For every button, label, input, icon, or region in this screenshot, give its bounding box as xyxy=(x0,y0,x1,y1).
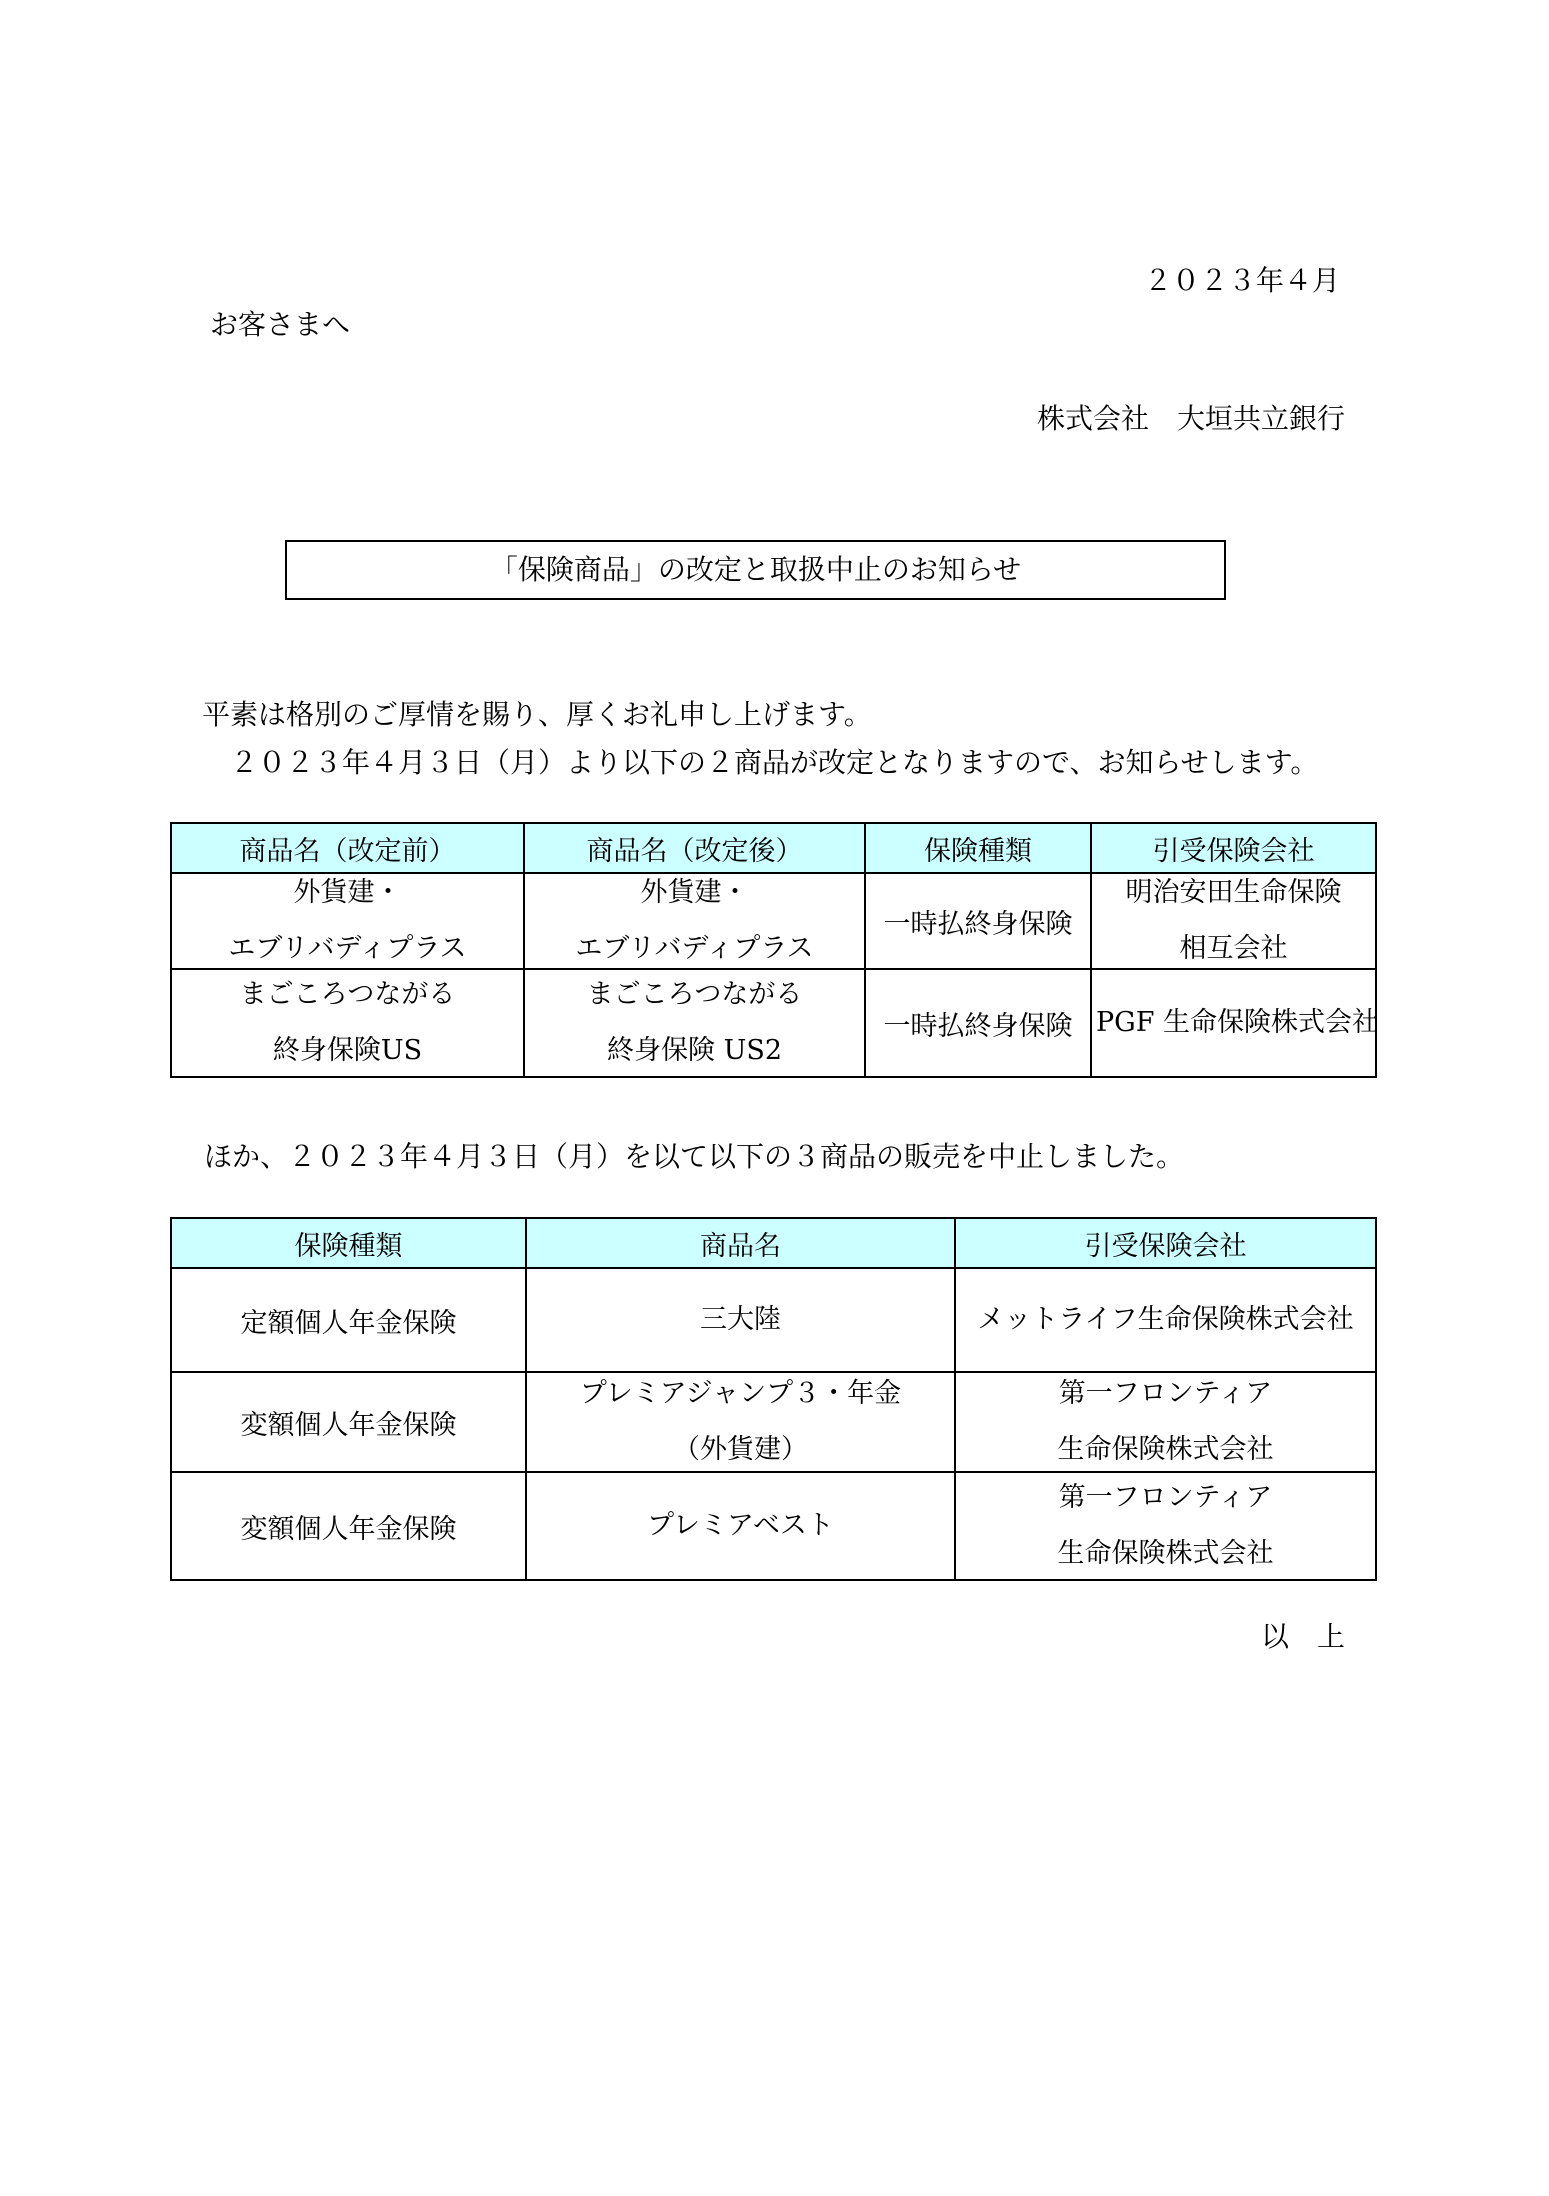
sender-company-name: 株式会社 大垣共立銀行 xyxy=(1037,402,1345,436)
table-cell-insurer: メットライフ生命保険株式会社 xyxy=(955,1268,1376,1372)
title-box: 「保険商品」の改定と取扱中止のお知らせ xyxy=(285,540,1226,600)
column-header-insurer: 引受保険会社 xyxy=(1091,823,1376,873)
cell-line: 三大陸 xyxy=(531,1304,950,1336)
table-cell-insurer: 第一フロンティア 生命保険株式会社 xyxy=(955,1472,1376,1580)
cell-line: 第一フロンティア xyxy=(960,1482,1371,1514)
table-cell-insurer: 第一フロンティア 生命保険株式会社 xyxy=(955,1372,1376,1472)
table-cell-insurance-type: 定額個人年金保険 xyxy=(171,1268,526,1372)
cell-line: 外貨建・ xyxy=(176,877,519,909)
table-cell-insurer: 明治安田生命保険 相互会社 xyxy=(1091,873,1376,969)
cell-line: メットライフ生命保険株式会社 xyxy=(960,1304,1371,1336)
cell-line: プレミアベスト xyxy=(531,1510,950,1542)
table-cell-insurance-type: 変額個人年金保険 xyxy=(171,1372,526,1472)
cell-line: プレミアジャンプ３・年金 xyxy=(531,1378,950,1410)
table-row: まごころつながる 終身保険US まごころつながる 終身保険 US2 一時払終身保… xyxy=(171,969,1376,1077)
revision-table-header-row: 商品名（改定前） 商品名（改定後） 保険種類 引受保険会社 xyxy=(171,823,1376,873)
column-header-product-before: 商品名（改定前） xyxy=(171,823,524,873)
cell-line: エブリバディプラス xyxy=(176,933,519,965)
discontinued-table-header-row: 保険種類 商品名 引受保険会社 xyxy=(171,1218,1376,1268)
table-cell-insurer: PGF 生命保険株式会社 xyxy=(1091,969,1376,1077)
revision-table: 商品名（改定前） 商品名（改定後） 保険種類 引受保険会社 外貨建・ エブリバデ… xyxy=(170,822,1377,1078)
table-cell-product-name: プレミアベスト xyxy=(526,1472,955,1580)
table-cell-product-name: 三大陸 xyxy=(526,1268,955,1372)
table-cell-product-before: 外貨建・ エブリバディプラス xyxy=(171,873,524,969)
table-row: 変額個人年金保険 プレミアベスト 第一フロンティア 生命保険株式会社 xyxy=(171,1472,1376,1580)
table-row: 定額個人年金保険 三大陸 メットライフ生命保険株式会社 xyxy=(171,1268,1376,1372)
cell-line: 相互会社 xyxy=(1096,933,1371,965)
cell-line: 終身保険US xyxy=(176,1035,519,1067)
column-header-product-name: 商品名 xyxy=(526,1218,955,1268)
table-cell-insurance-type: 一時払終身保険 xyxy=(865,873,1091,969)
cell-line: 生命保険株式会社 xyxy=(960,1538,1371,1570)
discontinued-table: 保険種類 商品名 引受保険会社 定額個人年金保険 三大陸 メットライフ生命保険株… xyxy=(170,1217,1377,1581)
table-cell-product-after: まごころつながる 終身保険 US2 xyxy=(524,969,865,1077)
document-title: 「保険商品」の改定と取扱中止のお知らせ xyxy=(490,553,1021,587)
table-cell-insurance-type: 変額個人年金保険 xyxy=(171,1472,526,1580)
table-cell-insurance-type: 一時払終身保険 xyxy=(865,969,1091,1077)
column-header-insurer: 引受保険会社 xyxy=(955,1218,1376,1268)
cell-line: エブリバディプラス xyxy=(529,933,860,965)
table-row: 外貨建・ エブリバディプラス 外貨建・ エブリバディプラス 一時払終身保険 明治… xyxy=(171,873,1376,969)
discontinuation-notice-text: ほか、２０２３年４月３日（月）を以て以下の３商品の販売を中止しました。 xyxy=(204,1140,1184,1174)
recipient-text: お客さまへ xyxy=(210,308,350,342)
table-cell-product-before: まごころつながる 終身保険US xyxy=(171,969,524,1077)
cell-line: 明治安田生命保険 xyxy=(1096,877,1371,909)
table-cell-product-after: 外貨建・ エブリバディプラス xyxy=(524,873,865,969)
greeting-text: 平素は格別のご厚情を賜り、厚くお礼申し上げます。 xyxy=(202,698,872,732)
column-header-product-after: 商品名（改定後） xyxy=(524,823,865,873)
cell-line: まごころつながる xyxy=(176,979,519,1011)
cell-line: 外貨建・ xyxy=(529,877,860,909)
table-row: 変額個人年金保険 プレミアジャンプ３・年金 （外貨建） 第一フロンティア 生命保… xyxy=(171,1372,1376,1472)
cell-line: まごころつながる xyxy=(529,979,860,1011)
cell-line: 生命保険株式会社 xyxy=(960,1434,1371,1466)
document-date: ２０２３年４月 xyxy=(1144,264,1340,298)
column-header-insurance-type: 保険種類 xyxy=(171,1218,526,1268)
document-page: ２０２３年４月 お客さまへ 株式会社 大垣共立銀行 「保険商品」の改定と取扱中止… xyxy=(0,0,1549,2196)
closing-text: 以 上 xyxy=(1261,1620,1345,1654)
table-cell-product-name: プレミアジャンプ３・年金 （外貨建） xyxy=(526,1372,955,1472)
cell-line: 第一フロンティア xyxy=(960,1378,1371,1410)
cell-line: 終身保険 US2 xyxy=(529,1035,860,1067)
cell-line: PGF 生命保険株式会社 xyxy=(1096,1007,1371,1039)
revision-notice-text: ２０２３年４月３日（月）より以下の２商品が改定となりますので、お知らせします。 xyxy=(230,746,1318,780)
cell-line: （外貨建） xyxy=(531,1434,950,1466)
column-header-insurance-type: 保険種類 xyxy=(865,823,1091,873)
